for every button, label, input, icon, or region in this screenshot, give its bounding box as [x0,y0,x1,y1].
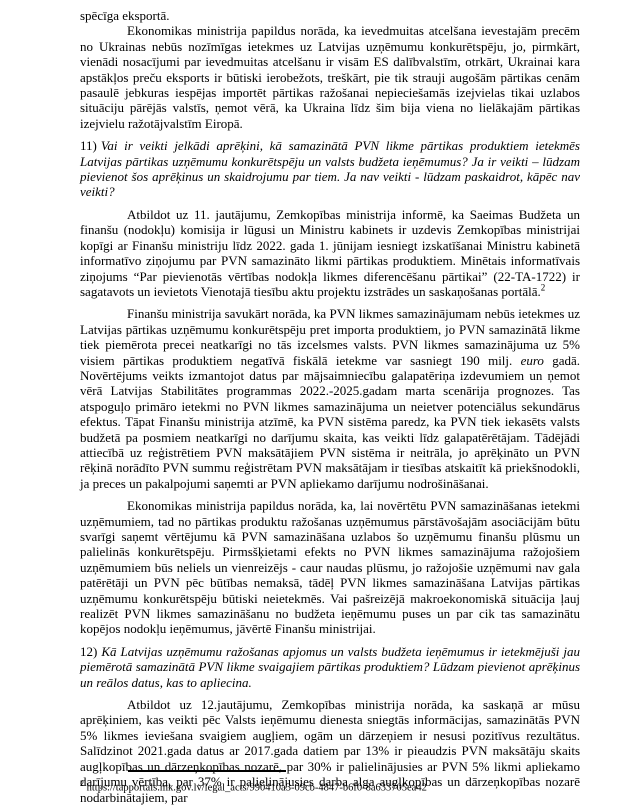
footnote-ref-superscript: 2 [541,283,546,293]
paragraph-finansu-text-after: gadā. Novērtējums veikts izmantojot datu… [80,353,580,491]
question-11: 11)Vai ir veikti jelkādi aprēķini, kā sa… [80,138,580,200]
footnote-ref: 2 [80,779,84,788]
paragraph-finansu-ministrija: Finanšu ministrija savukārt norāda, ka P… [80,306,580,491]
question-11-text: Vai ir veikti jelkādi aprēķini, kā samaz… [80,138,580,199]
paragraph-finansu-text-before: Finanšu ministrija savukārt norāda, ka P… [80,306,580,367]
footnote-separator-rule [128,770,286,772]
footnote: 2 https://tapportals.mk.gov.lv/legal_act… [80,777,580,795]
euro-italic-term: euro [521,353,544,368]
paragraph-atbilde-11: Atbildot uz 11. jautājumu, Zemkopības mi… [80,207,580,299]
question-11-number: 11) [80,138,97,153]
paragraph-continuation: spēcīga eksportā. [80,8,580,23]
footnote-area: 2 https://tapportals.mk.gov.lv/legal_act… [80,770,580,795]
question-12: 12)Kā Latvijas uzņēmumu ražošanas apjomu… [80,644,580,690]
document-page: spēcīga eksportā. Ekonomikas ministrija … [0,0,643,809]
paragraph-atbilde-11-text: Atbildot uz 11. jautājumu, Zemkopības mi… [80,207,580,299]
question-12-text: Kā Latvijas uzņēmumu ražošanas apjomus u… [80,644,580,690]
paragraph-ekonomikas-ievedmuita: Ekonomikas ministrija papildus norāda, k… [80,23,580,131]
paragraph-ekonomikas-pvn-ietekme: Ekonomikas ministrija papildus norāda, k… [80,498,580,637]
footnote-url[interactable]: https://tapportals.mk.gov.lv/legal_acts/… [87,783,427,794]
question-12-number: 12) [80,644,97,659]
